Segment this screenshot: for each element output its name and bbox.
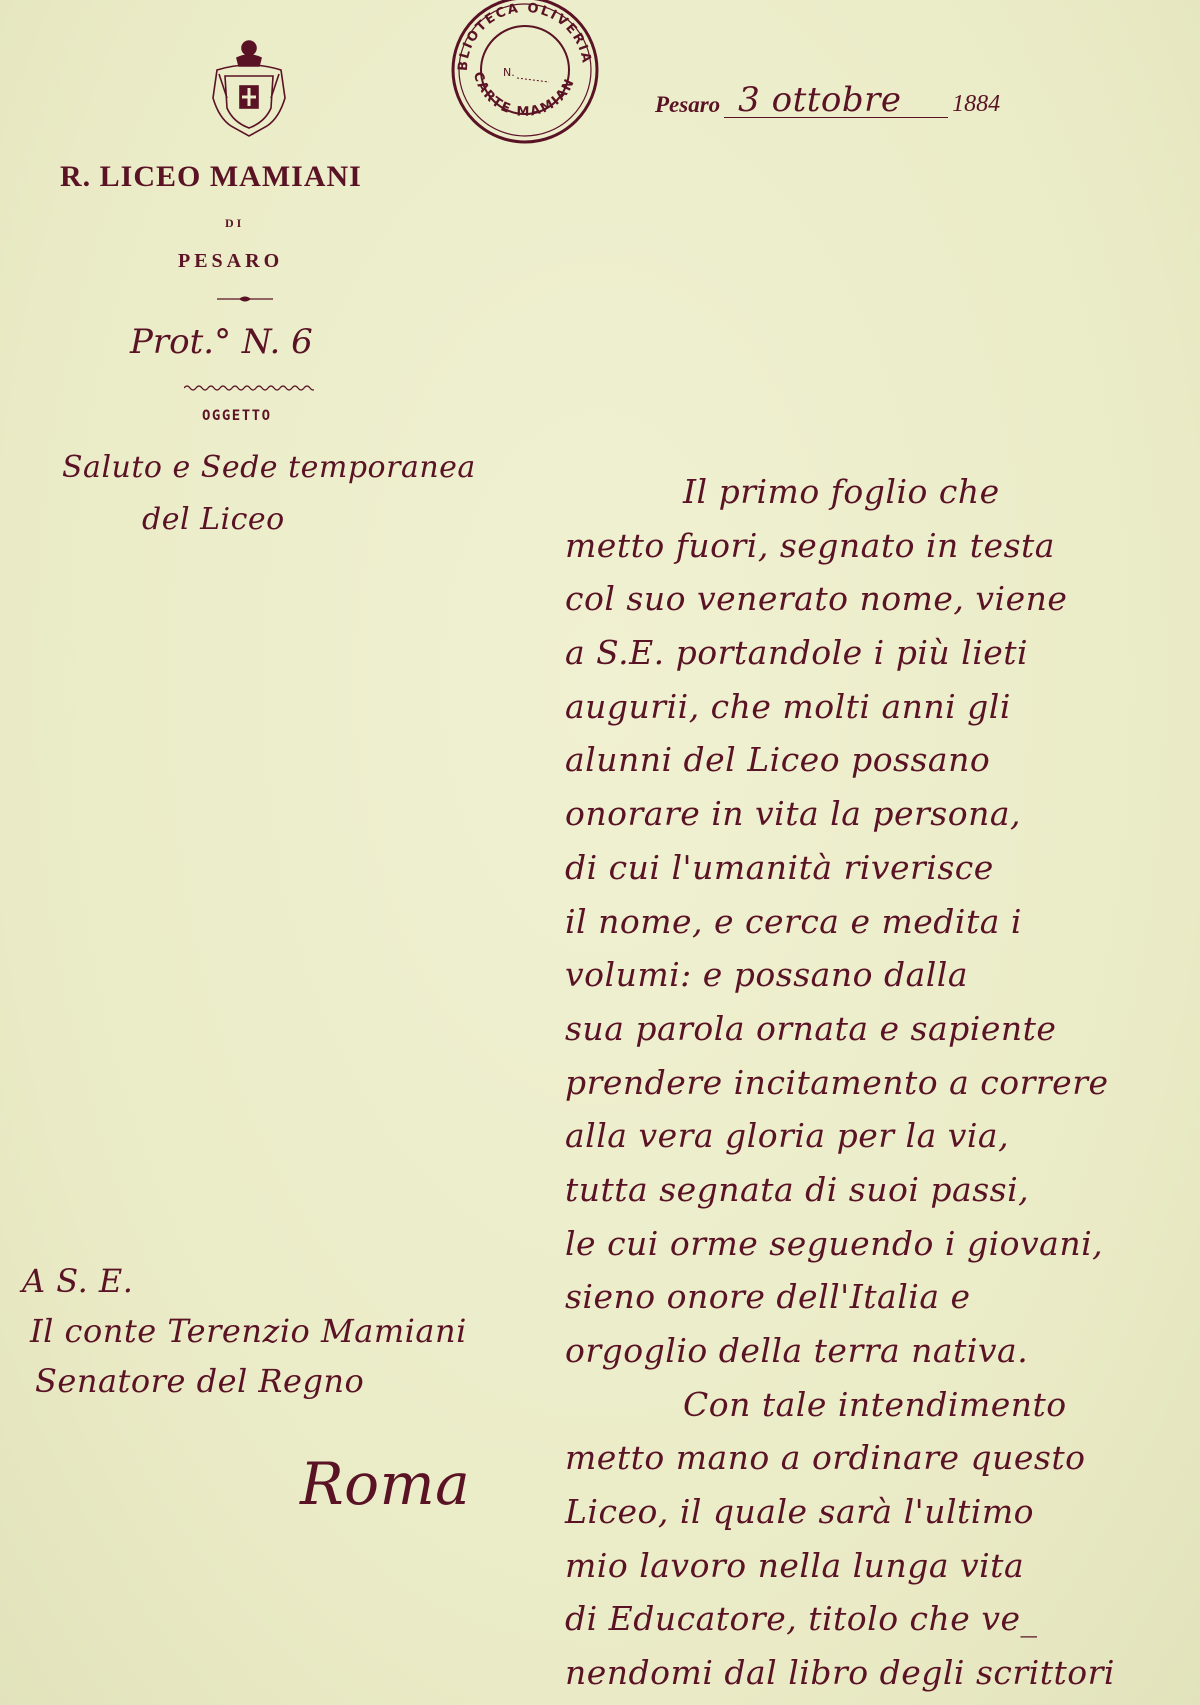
body-line: sieno onore dell'Italia e bbox=[565, 1270, 1185, 1324]
address-city: Roma bbox=[300, 1450, 470, 1518]
body-line: sua parola ornata e sapiente bbox=[565, 1002, 1185, 1056]
body-line: tutta segnata di suoi passi, bbox=[565, 1163, 1185, 1217]
wavy-divider-icon bbox=[184, 384, 314, 392]
royal-coat-of-arms-icon bbox=[207, 38, 291, 143]
body-line: di cui l'umanità riverisce bbox=[565, 841, 1185, 895]
body-line: onorare in vita la persona, bbox=[565, 787, 1185, 841]
body-line: di Educatore, titolo che ve_ bbox=[565, 1592, 1185, 1646]
body-line: metto mano a ordinare questo bbox=[565, 1431, 1185, 1485]
body-line: mio lavoro nella lunga vita bbox=[565, 1539, 1185, 1593]
body-line: a S.E. portandole i più lieti bbox=[565, 626, 1185, 680]
date-year: 1884 bbox=[952, 91, 1000, 118]
body-line: volumi: e possano dalla bbox=[565, 948, 1185, 1002]
body-line: metto fuori, segnato in testa bbox=[565, 519, 1185, 573]
body-line: Il primo foglio che bbox=[565, 465, 1185, 519]
body-line: il nome, e cerca e medita i bbox=[565, 895, 1185, 949]
subject-line-1: Saluto e Sede temporanea bbox=[62, 450, 476, 485]
protocol-number: Prot.° N. 6 bbox=[130, 322, 313, 362]
date-place: Pesaro bbox=[655, 92, 720, 118]
body-line: orgoglio della terra nativa. bbox=[565, 1324, 1185, 1378]
date-day-month: 3 ottobre bbox=[724, 83, 948, 118]
body-line: Liceo, il quale sarà l'ultimo bbox=[565, 1485, 1185, 1539]
body-line: prendere incitamento a correre bbox=[565, 1056, 1185, 1110]
school-name: R. LICEO MAMIANI bbox=[60, 160, 440, 194]
body-line: alunni del Liceo possano bbox=[565, 733, 1185, 787]
svg-text:N.: N. bbox=[503, 66, 515, 79]
body-line: nendomi dal libro degli scrittori bbox=[565, 1646, 1185, 1700]
library-stamp: BIBLIOTECA OLIVERIANA CARTE MAMIANI N. bbox=[445, 0, 605, 150]
letter-body: Il primo foglio che metto fuori, segnato… bbox=[565, 465, 1185, 1700]
date-line: Pesaro 3 ottobre 1884 bbox=[655, 78, 1000, 118]
ornament-divider-icon bbox=[217, 295, 273, 303]
body-line: Con tale intendimento bbox=[565, 1378, 1185, 1432]
body-line: augurii, che molti anni gli bbox=[565, 680, 1185, 734]
body-line: alla vera gloria per la via, bbox=[565, 1109, 1185, 1163]
library-stamp-icon: BIBLIOTECA OLIVERIANA CARTE MAMIANI N. bbox=[445, 0, 605, 150]
letter-page: R. LICEO MAMIANI DI PESARO Prot.° N. 6 O… bbox=[0, 0, 1200, 1705]
letterhead-di: DI bbox=[225, 216, 244, 231]
address-line-3: Senatore del Regno bbox=[35, 1362, 364, 1400]
body-line: col suo venerato nome, viene bbox=[565, 572, 1185, 626]
svg-text:BIBLIOTECA OLIVERIANA: BIBLIOTECA OLIVERIANA bbox=[445, 0, 594, 72]
body-line: le cui orme seguendo i giovani, bbox=[565, 1217, 1185, 1271]
address-line-1: A S. E. bbox=[22, 1262, 133, 1300]
subject-line-2: del Liceo bbox=[142, 502, 285, 537]
address-line-2: Il conte Terenzio Mamiani bbox=[30, 1312, 467, 1350]
subject-label: OGGETTO bbox=[202, 408, 272, 424]
letterhead-city: PESARO bbox=[178, 250, 283, 273]
